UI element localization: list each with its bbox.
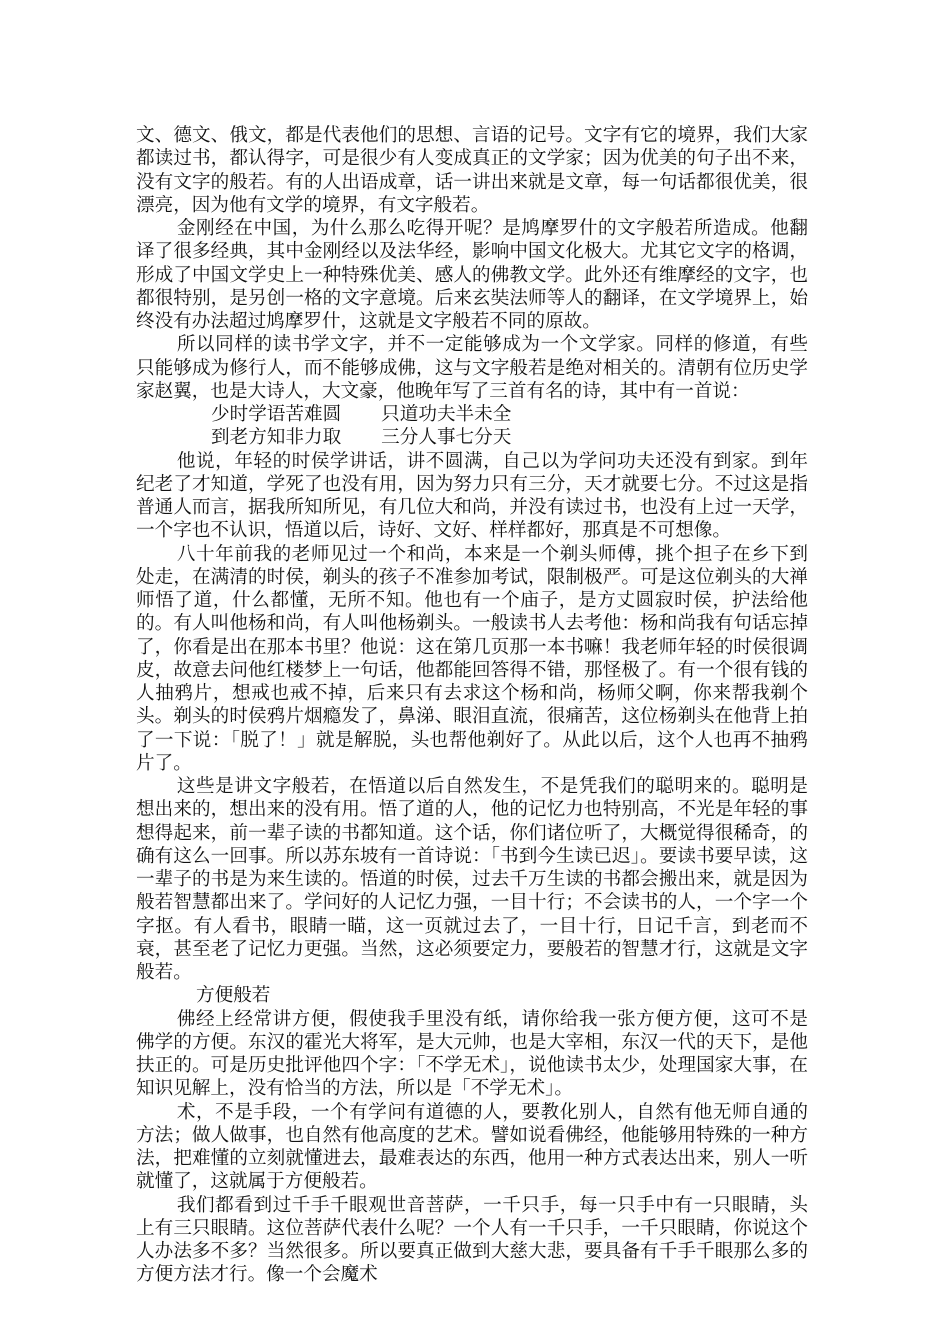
poem-line: 少时学语苦难圆只道功夫半未全 <box>136 403 808 426</box>
paragraph: 我们都看到过千手千眼观世音菩萨，一千只手，每一只手中有一只眼睛，头上有三只眼睛。… <box>136 1194 808 1287</box>
poem: 少时学语苦难圆只道功夫半未全 到老方知非力取三分人事七分天 <box>136 403 808 450</box>
poem-line-first-half: 少时学语苦难圆 <box>211 404 341 425</box>
paragraph: 所以同样的读书学文字，并不一定能够成为一个文学家。同样的修道，有些只能够成为修行… <box>136 333 808 403</box>
poem-line: 到老方知非力取三分人事七分天 <box>136 426 808 449</box>
paragraph: 八十年前我的老师见过一个和尚，本来是一个剃头师傅，挑个担子在乡下到处走，在满清的… <box>136 543 808 776</box>
paragraph: 他说，年轻的时侯学讲话，讲不圆满，自己以为学问功夫还没有到家。到年纪老了才知道，… <box>136 450 808 543</box>
poem-line-first-half: 到老方知非力取 <box>211 427 341 448</box>
paragraph: 佛经上经常讲方便，假使我手里没有纸，请你给我一张方便方便，这可不是佛学的方便。东… <box>136 1008 808 1101</box>
paragraph: 金刚经在中国，为什么那么吃得开呢？是鸠摩罗什的文字般若所造成。他翻译了很多经典，… <box>136 217 808 333</box>
section-heading: 方便般若 <box>136 984 808 1007</box>
poem-line-second-half: 只道功夫半未全 <box>381 403 511 426</box>
poem-line-second-half: 三分人事七分天 <box>381 426 511 449</box>
paragraph: 术，不是手段，一个有学问有道德的人，要教化别人，自然有他无师自通的方法；做人做事… <box>136 1101 808 1194</box>
paragraph-continued: 文、德文、俄文，都是代表他们的思想、言语的记号。文字有它的境界，我们大家都读过书… <box>136 124 808 217</box>
document-page: 文、德文、俄文，都是代表他们的思想、言语的记号。文字有它的境界，我们大家都读过书… <box>136 124 808 1287</box>
paragraph: 这些是讲文字般若，在悟道以后自然发生，不是凭我们的聪明来的。聪明是想出来的，想出… <box>136 775 808 984</box>
